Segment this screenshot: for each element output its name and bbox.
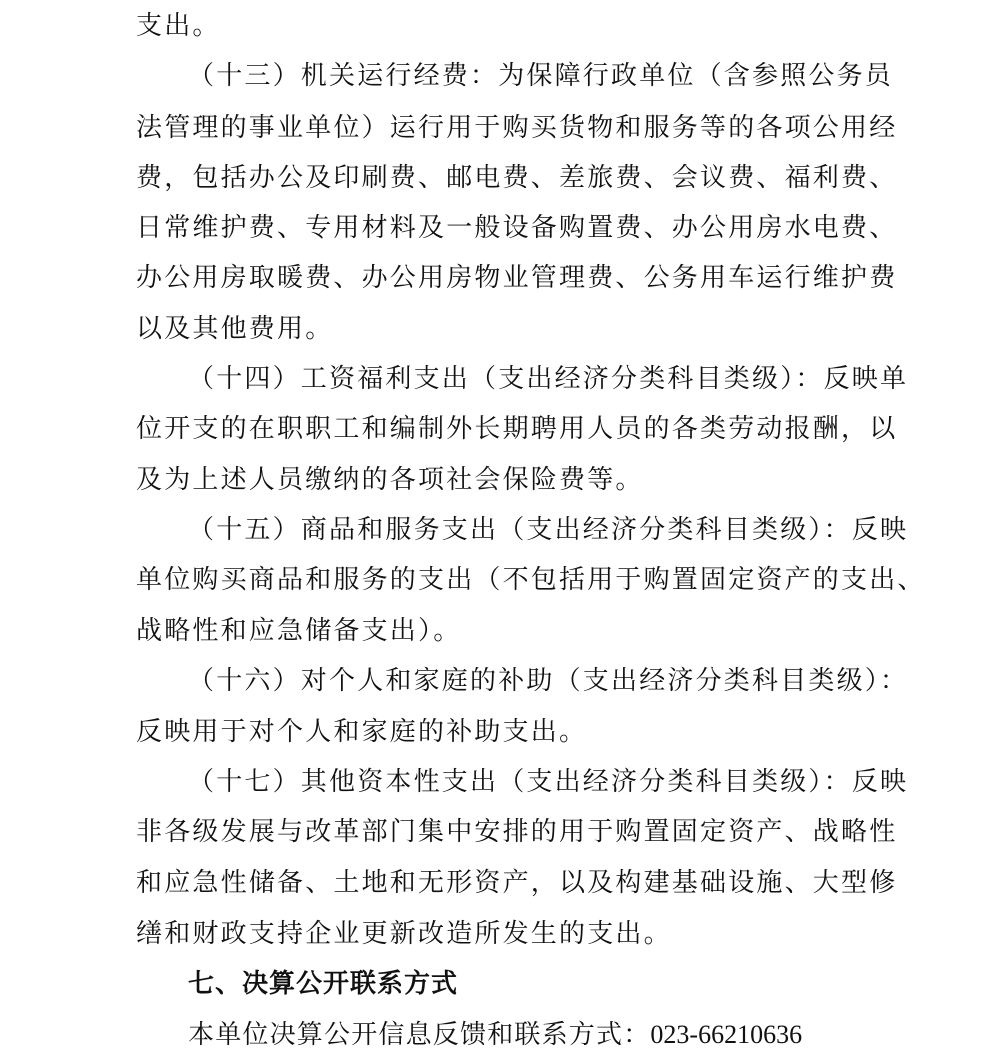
paragraph-line: 非各级发展与改革部门集中安排的用于购置固定资产、战略性 [136, 816, 897, 848]
paragraph-line: 费，包括办公及印刷费、邮电费、差旅费、会议费、福利费、 [136, 162, 897, 194]
paragraph-line: 反映用于对个人和家庭的补助支出。 [136, 716, 587, 748]
paragraph-line: 日常维护费、专用材料及一般设备购置费、办公用房水电费、 [136, 212, 897, 244]
paragraph-line-item-15: （十五）商品和服务支出（支出经济分类科目类级）：反映 [188, 514, 908, 546]
section-heading: 七、决算公开联系方式 [188, 968, 458, 1000]
paragraph-line: 缮和财政支持企业更新改造所发生的支出。 [136, 918, 672, 950]
paragraph-line-item-13: （十三）机关运行经费：为保障行政单位（含参照公务员 [188, 60, 893, 92]
paragraph-line-item-16: （十六）对个人和家庭的补助（支出经济分类科目类级）： [188, 665, 908, 697]
paragraph-line: 单位购买商品和服务的支出（不包括用于购置固定资产的支出、 [136, 564, 926, 596]
contact-phone: 023-66210636 [650, 1020, 802, 1049]
contact-line: 本单位决算公开信息反馈和联系方式：023-66210636 [188, 1019, 802, 1051]
paragraph-line: 位开支的在职职工和编制外长期聘用人员的各类劳动报酬，以 [136, 413, 897, 445]
contact-label: 本单位决算公开信息反馈和联系方式： [188, 1020, 650, 1050]
paragraph-line: 办公用房取暖费、办公用房物业管理费、公务用车运行维护费 [136, 262, 897, 294]
paragraph-line: 法管理的事业单位）运行用于购买货物和服务等的各项公用经 [136, 112, 897, 144]
paragraph-line: 支出。 [136, 10, 221, 42]
paragraph-line: 以及其他费用。 [136, 313, 333, 345]
paragraph-line: 和应急性储备、土地和无形资产，以及构建基础设施、大型修 [136, 867, 897, 899]
paragraph-line-item-14: （十四）工资福利支出（支出经济分类科目类级）：反映单 [188, 363, 908, 395]
paragraph-line-item-17: （十七）其他资本性支出（支出经济分类科目类级）：反映 [188, 766, 908, 798]
document-page: 支出。 （十三）机关运行经费：为保障行政单位（含参照公务员 法管理的事业单位）运… [0, 0, 1000, 1059]
paragraph-line: 及为上述人员缴纳的各项社会保险费等。 [136, 464, 644, 496]
paragraph-line: 战略性和应急储备支出）。 [136, 615, 461, 647]
